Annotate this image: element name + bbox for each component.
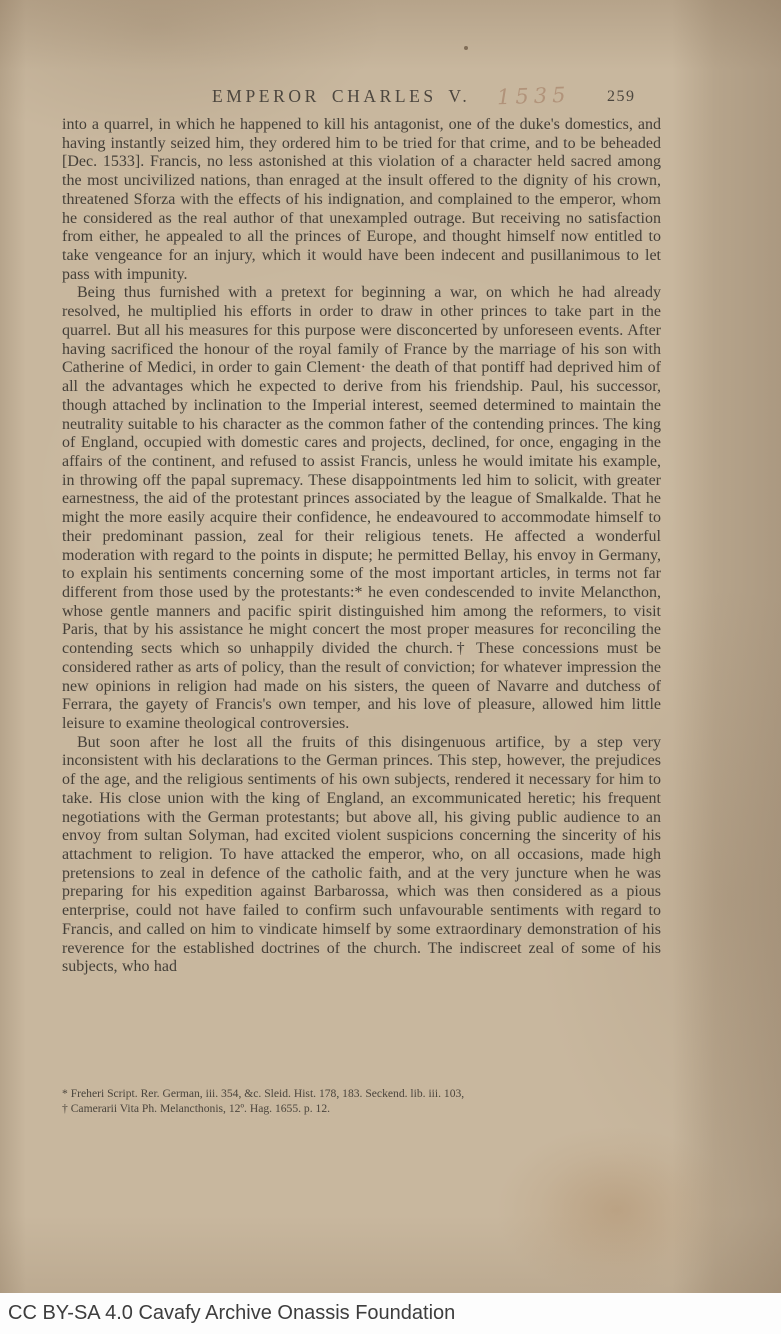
paper-speck — [464, 46, 468, 50]
paper-stain — [540, 1150, 700, 1270]
running-header-title: EMPEROR CHARLES V. — [212, 86, 512, 107]
paragraph: Being thus furnished with a pretext for … — [62, 284, 661, 733]
license-bar: CC BY-SA 4.0 Cavafy Archive Onassis Foun… — [0, 1293, 781, 1334]
handwritten-year-annotation: 1535 — [497, 83, 571, 110]
paragraph: But soon after he lost all the fruits of… — [62, 734, 661, 977]
scanned-page: EMPEROR CHARLES V. 1535 259 into a quarr… — [0, 0, 781, 1293]
footnote: * Freheri Script. Rer. German, iii. 354,… — [62, 1086, 676, 1101]
footnotes-block: * Freheri Script. Rer. German, iii. 354,… — [62, 1086, 676, 1116]
footnote: † Camerarii Vita Ph. Melancthonis, 12º. … — [62, 1101, 676, 1116]
paragraph-continuation: into a quarrel, in which he happened to … — [62, 116, 661, 284]
page-number: 259 — [607, 88, 636, 106]
page-body-text: into a quarrel, in which he happened to … — [62, 116, 661, 977]
license-text: CC BY-SA 4.0 Cavafy Archive Onassis Foun… — [8, 1302, 455, 1325]
